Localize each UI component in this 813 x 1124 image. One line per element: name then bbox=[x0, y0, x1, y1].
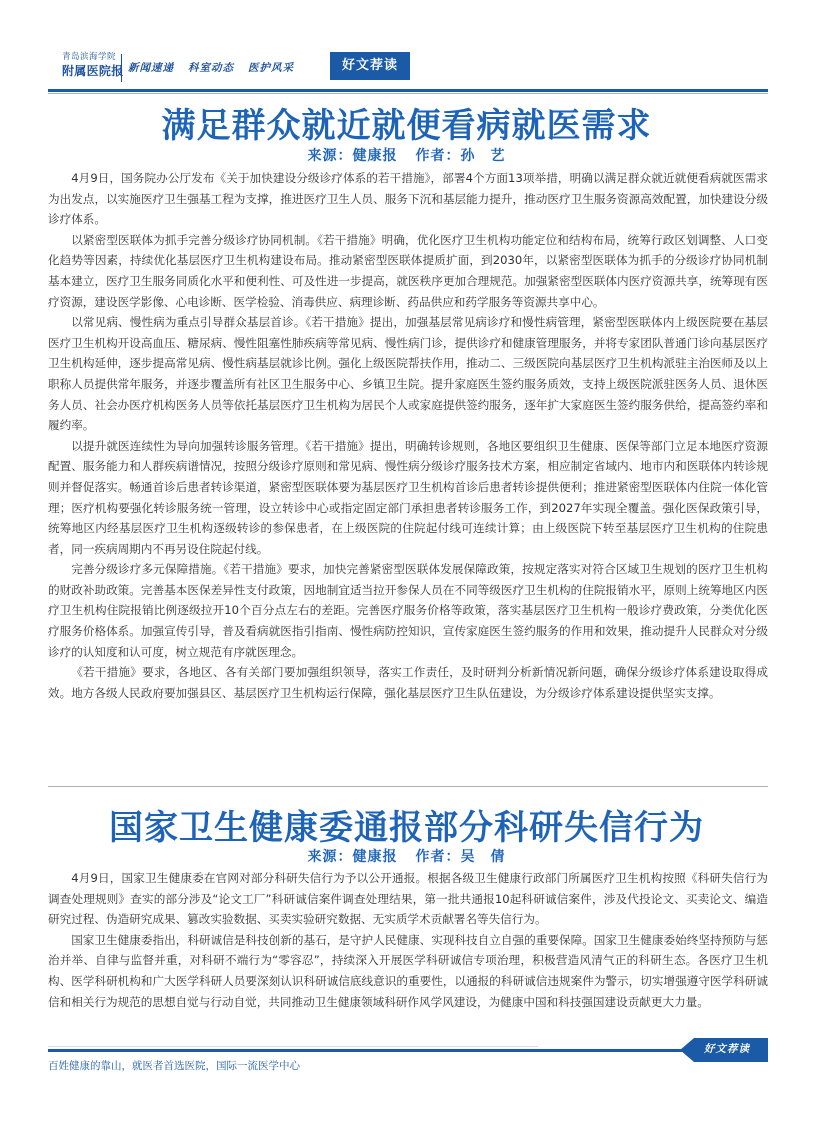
paragraph: 《若干措施》要求，各地区、各有关部门要加强组织领导，落实工作责任，及时研判分析新… bbox=[48, 662, 768, 703]
article-title: 满足群众就近就便看病就医需求 bbox=[0, 98, 813, 147]
header-rule bbox=[48, 89, 768, 92]
brand-divider bbox=[121, 54, 122, 82]
footer-section-tag: 好文荐读 bbox=[680, 1038, 768, 1062]
paragraph: 4月9日，国务院办公厅发布《关于加快建设分级诊疗体系的若干措施》，部署4个方面1… bbox=[48, 168, 768, 230]
article-body: 4月9日，国家卫生健康委在官网对部分科研失信行为予以公开通报。根据各级卫生健康行… bbox=[48, 868, 768, 1012]
nav-item-news[interactable]: 新闻速递 bbox=[128, 60, 174, 75]
footer-tag-label: 好文荐读 bbox=[704, 1041, 750, 1056]
brand-top-text: 青岛滨海学院 bbox=[62, 52, 124, 63]
paragraph: 国家卫生健康委指出，科研诚信是科技创新的基石，是守护人民健康、实现科技自立自强的… bbox=[48, 930, 768, 1012]
paragraph: 完善分级诊疗多元保障措施。《若干措施》要求，加快完善紧密型医联体发展保障政策，按… bbox=[48, 559, 768, 662]
section-badge: 好文荐读 bbox=[330, 52, 410, 80]
paragraph: 以紧密型医联体为抓手完善分级诊疗协同机制。《若干措施》明确，优化医疗卫生机构功能… bbox=[48, 230, 768, 312]
header-rule-thin bbox=[48, 93, 768, 94]
footer-slogan: 百姓健康的靠山，就医者首选医院，国际一流医学中心 bbox=[48, 1058, 300, 1073]
source-label: 来源：健康报 bbox=[308, 849, 398, 865]
article-body: 4月9日，国务院办公厅发布《关于加快建设分级诊疗体系的若干措施》，部署4个方面1… bbox=[48, 168, 768, 703]
nav-item-staff[interactable]: 医护风采 bbox=[248, 60, 294, 75]
newspaper-logo: 青岛滨海学院 附属医院报 bbox=[62, 52, 124, 79]
masthead: 青岛滨海学院 附属医院报 新闻速递 科室动态 医护风采 好文荐读 bbox=[48, 52, 768, 86]
section-nav: 新闻速递 科室动态 医护风采 bbox=[128, 60, 294, 75]
source-label: 来源：健康报 bbox=[308, 148, 398, 164]
footer-rule-light bbox=[48, 1046, 538, 1047]
paragraph: 以常见病、慢性病为重点引导群众基层首诊。《若干措施》提出，加强基层常见病诊疗和慢… bbox=[48, 312, 768, 436]
article-divider bbox=[48, 786, 768, 787]
article-byline: 来源：健康报作者：吴 倩 bbox=[0, 846, 813, 866]
paragraph: 4月9日，国家卫生健康委在官网对部分科研失信行为予以公开通报。根据各级卫生健康行… bbox=[48, 868, 768, 930]
article-title: 国家卫生健康委通报部分科研失信行为 bbox=[0, 800, 813, 849]
paragraph: 以提升就医连续性为导向加强转诊服务管理。《若干措施》提出，明确转诊规则，各地区要… bbox=[48, 436, 768, 560]
brand-bottom-text: 附属医院报 bbox=[62, 63, 124, 79]
author-label: 作者：孙 艺 bbox=[416, 148, 506, 164]
article-byline: 来源：健康报作者：孙 艺 bbox=[0, 145, 813, 165]
nav-item-department[interactable]: 科室动态 bbox=[188, 60, 234, 75]
author-label: 作者：吴 倩 bbox=[416, 849, 506, 865]
footer-rule bbox=[48, 1049, 688, 1052]
